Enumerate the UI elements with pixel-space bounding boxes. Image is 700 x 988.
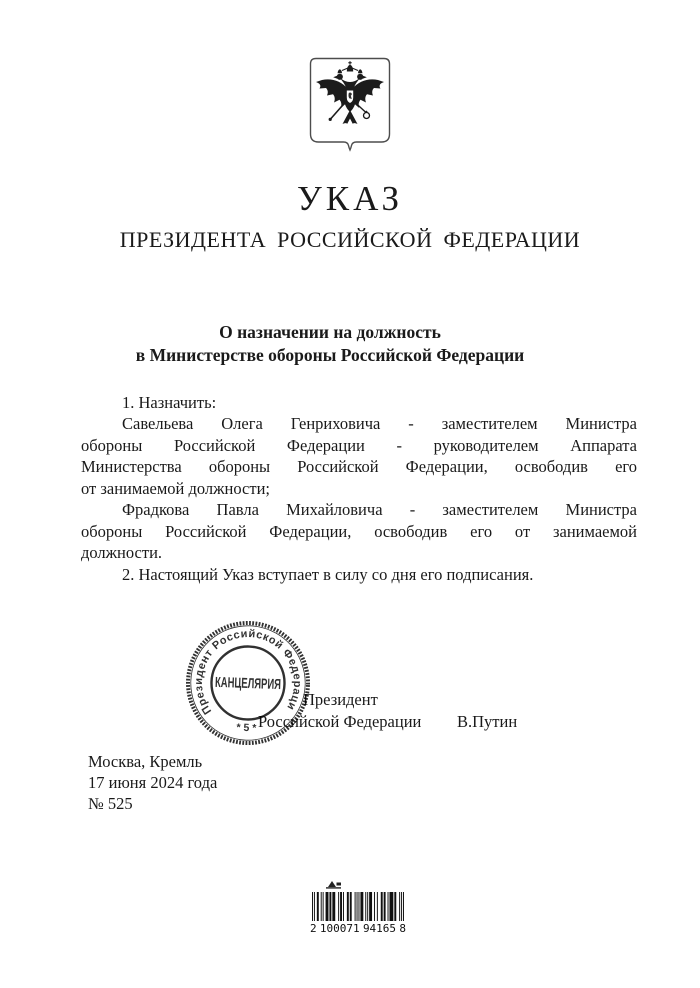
- barcode-digit-group: 100071: [320, 922, 360, 935]
- double-headed-eagle-icon: [316, 61, 384, 124]
- body-line: должности.: [81, 542, 637, 563]
- decree-body: 1. Назначить: Савельева Олега Генрихович…: [81, 392, 637, 585]
- stamp-ring-text: Президент Российской Федерации: [182, 617, 306, 720]
- body-line: 2. Настоящий Указ вступает в силу со дня…: [81, 564, 637, 585]
- svg-text:Президент Российской Федерации: Президент Российской Федерации: [182, 617, 306, 720]
- body-line: обороны Российской Федерации - руководит…: [81, 435, 637, 456]
- print-mark-icon: [324, 879, 344, 890]
- decree-document: УКАЗ ПРЕЗИДЕНТА РОССИЙСКОЙ ФЕДЕРАЦИИ О н…: [0, 0, 700, 988]
- russian-coat-of-arms-icon: [307, 56, 393, 159]
- signature-name: В.Путин: [457, 711, 517, 732]
- barcode-digits: 2 100071 94165 8: [310, 922, 406, 935]
- decree-subject: О назначении на должность в Министерстве…: [50, 321, 610, 366]
- barcode-digit-group: 94165: [363, 922, 396, 935]
- barcode-bars: [312, 892, 404, 921]
- subject-line-1: О назначении на должность: [50, 321, 610, 344]
- decree-number: № 525: [88, 794, 217, 815]
- document-title: УКАЗ: [0, 181, 700, 216]
- body-line: Министерства обороны Российской Федераци…: [81, 456, 637, 477]
- body-line: Фрадкова Павла Михайловича - заместителе…: [81, 499, 637, 520]
- barcode-digit-group: 2: [310, 922, 317, 935]
- issue-place: Москва, Кремль: [88, 752, 217, 773]
- subject-line-2: в Министерстве обороны Российской Федера…: [50, 344, 610, 367]
- barcode-digit-group: 8: [399, 922, 406, 935]
- document-subtitle: ПРЕЗИДЕНТА РОССИЙСКОЙ ФЕДЕРАЦИИ: [0, 227, 700, 253]
- chancellery-stamp: Президент Российской Федерации КАНЦЕЛЯРИ…: [182, 617, 314, 749]
- body-line: от занимаемой должности;: [81, 478, 637, 499]
- body-line: обороны Российской Федерации, освободив …: [81, 521, 637, 542]
- issue-date: 17 июня 2024 года: [88, 773, 217, 794]
- issue-block: Москва, Кремль 17 июня 2024 года № 525: [88, 752, 217, 814]
- signature-role-line-1: Президент: [303, 689, 378, 710]
- body-line: Савельева Олега Генриховича - заместител…: [81, 413, 637, 434]
- stamp-number-text: * 5 *: [236, 722, 257, 735]
- stamp-center-text: КАНЦЕЛЯРИЯ: [215, 675, 282, 693]
- body-line: 1. Назначить:: [81, 392, 637, 413]
